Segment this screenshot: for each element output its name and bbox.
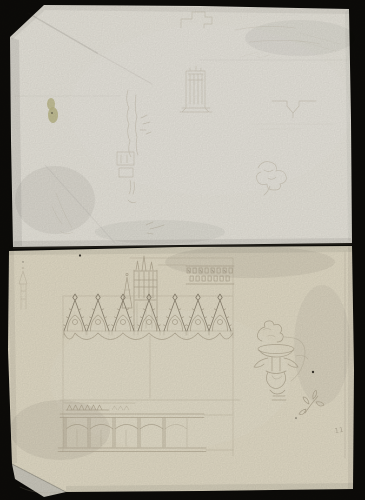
drawing-scan: 11 [0, 0, 365, 500]
artwork-photo: 11 [0, 0, 365, 500]
paper-grain-texture [0, 0, 365, 500]
